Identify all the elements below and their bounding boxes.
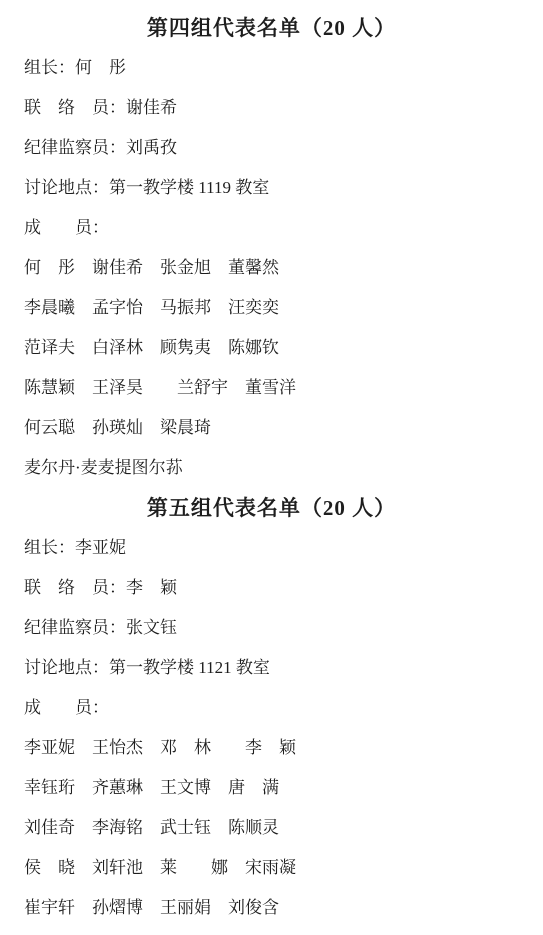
liaison-value: 谢佳希 <box>126 98 177 117</box>
member-row: 崔宇轩 孙熠博 王丽娟 刘俊含 <box>0 888 543 928</box>
member-row: 麦尔丹·麦麦提图尔荪 <box>0 448 543 488</box>
member-row: 范译夫 白泽林 顾隽夷 陈娜钦 <box>0 328 543 368</box>
members-label: 成 员： <box>24 698 109 717</box>
discipline-value: 刘禹孜 <box>126 138 177 157</box>
member-row: 李亚妮 王怡杰 邓 林 李 颖 <box>0 728 543 768</box>
group-5-members-label-line: 成 员： <box>0 688 543 728</box>
group-4-discipline-line: 纪律监察员：刘禹孜 <box>0 128 543 168</box>
member-row: 陈慧颖 王泽昊 兰舒宇 董雪洋 <box>0 368 543 408</box>
group-5-location-line: 讨论地点：第一教学楼 1121 教室 <box>0 648 543 688</box>
member-row: 李晨曦 孟字怡 马振邦 汪奕奕 <box>0 288 543 328</box>
group-4-location-line: 讨论地点：第一教学楼 1119 教室 <box>0 168 543 208</box>
members-label: 成 员： <box>24 218 109 237</box>
leader-value: 何 彤 <box>75 58 126 77</box>
document-page: 第四组代表名单（20 人） 组长：何 彤 联 络 员：谢佳希 纪律监察员：刘禹孜… <box>0 0 543 935</box>
group-5-section: 第五组代表名单（20 人） 组长：李亚妮 联 络 员：李 颖 纪律监察员：张文钰… <box>0 488 543 928</box>
location-value: 第一教学楼 1119 教室 <box>109 178 269 197</box>
member-row: 幸钰珩 齐蕙琳 王文博 唐 满 <box>0 768 543 808</box>
member-row: 刘佳奇 李海铭 武士钰 陈顺灵 <box>0 808 543 848</box>
discipline-label: 纪律监察员： <box>24 618 126 637</box>
liaison-label: 联 络 员： <box>24 98 126 117</box>
location-label: 讨论地点： <box>24 658 109 677</box>
member-row: 何 彤 谢佳希 张金旭 董馨然 <box>0 248 543 288</box>
leader-label: 组长： <box>24 58 75 77</box>
group-4-leader-line: 组长：何 彤 <box>0 48 543 88</box>
discipline-label: 纪律监察员： <box>24 138 126 157</box>
group-4-liaison-line: 联 络 员：谢佳希 <box>0 88 543 128</box>
group-5-discipline-line: 纪律监察员：张文钰 <box>0 608 543 648</box>
group-5-title: 第五组代表名单（20 人） <box>0 488 543 528</box>
liaison-label: 联 络 员： <box>24 578 126 597</box>
member-row: 侯 晓 刘轩池 莱 娜 宋雨凝 <box>0 848 543 888</box>
group-5-leader-line: 组长：李亚妮 <box>0 528 543 568</box>
group-5-liaison-line: 联 络 员：李 颖 <box>0 568 543 608</box>
group-4-title: 第四组代表名单（20 人） <box>0 8 543 48</box>
discipline-value: 张文钰 <box>126 618 177 637</box>
location-value: 第一教学楼 1121 教室 <box>109 658 270 677</box>
leader-value: 李亚妮 <box>75 538 126 557</box>
group-4-section: 第四组代表名单（20 人） 组长：何 彤 联 络 员：谢佳希 纪律监察员：刘禹孜… <box>0 8 543 488</box>
group-4-members-label-line: 成 员： <box>0 208 543 248</box>
leader-label: 组长： <box>24 538 75 557</box>
member-row: 何云聪 孙瑛灿 梁晨琦 <box>0 408 543 448</box>
liaison-value: 李 颖 <box>126 578 177 597</box>
location-label: 讨论地点： <box>24 178 109 197</box>
